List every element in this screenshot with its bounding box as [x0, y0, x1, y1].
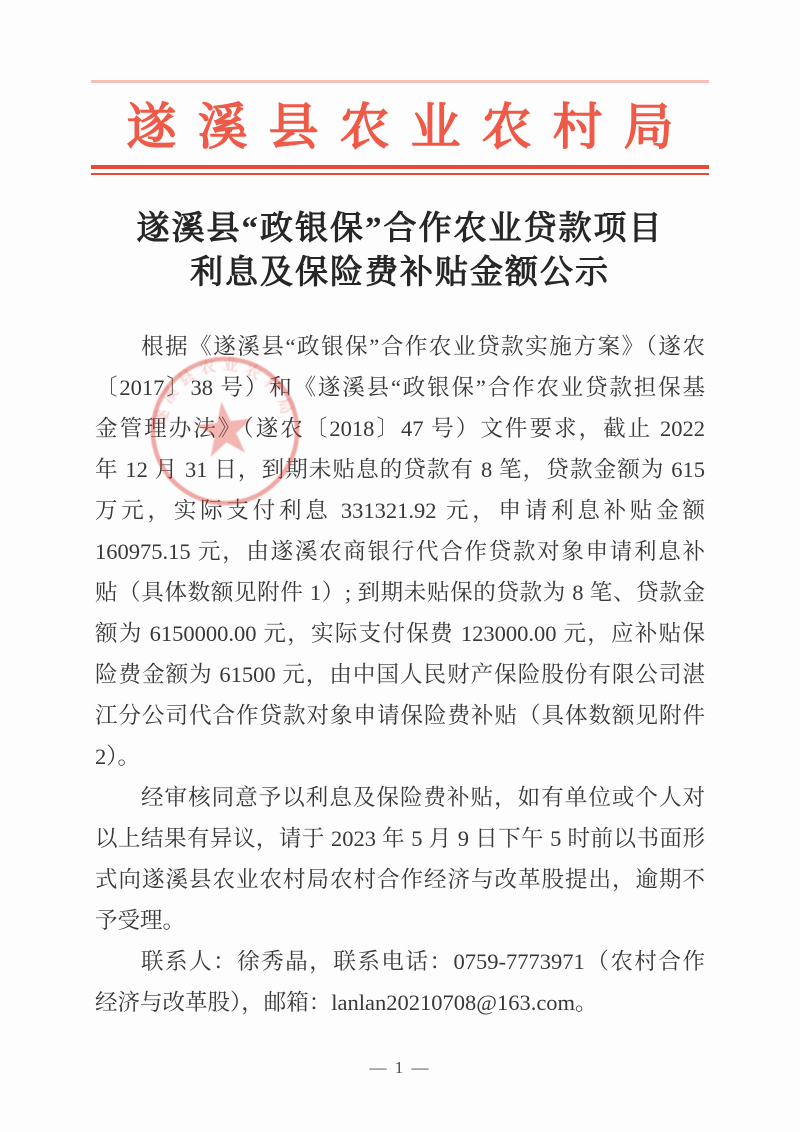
body-line: 联系人：徐秀晶，联系电话：0759-7773971（农村合作	[95, 941, 705, 982]
letterhead-title: 遂溪县农业农村局	[0, 94, 800, 160]
paragraph: 经审核同意予以利息及保险费补贴，如有单位或个人对以上结果有异议，请于 2023 …	[95, 777, 705, 941]
body-line: 根据《遂溪县“政银保”合作农业贷款实施方案》（遂农	[95, 326, 705, 367]
paragraph: 联系人：徐秀晶，联系电话：0759-7773971（农村合作经济与改革股），邮箱…	[95, 941, 705, 1023]
body-line: 2）。	[95, 736, 705, 777]
header-top-rule	[91, 80, 709, 83]
body-line: 险费金额为 61500 元，由中国人民财产保险股份有限公司湛	[95, 654, 705, 695]
body-line: 年 12 月 31 日，到期未贴息的贷款有 8 笔，贷款金额为 615	[95, 449, 705, 490]
body-line: 额为 6150000.00 元，实际支付保费 123000.00 元，应补贴保	[95, 613, 705, 654]
body-line: 金管理办法》（遂农〔2018〕47 号）文件要求，截止 2022	[95, 408, 705, 449]
body-line: 经审核同意予以利息及保险费补贴，如有单位或个人对	[95, 777, 705, 818]
document-title-line1: 遂溪县“政银保”合作农业贷款项目	[0, 202, 800, 249]
body-line: 予受理。	[95, 900, 705, 941]
body-line: 式向遂溪县农业农村局农村合作经济与改革股提出，逾期不	[95, 859, 705, 900]
footer-page-number: — 1 —	[0, 1058, 800, 1078]
document-page: 遂溪县农业农村局 遂溪县“政银保”合作农业贷款项目 利息及保险费补贴金额公示 根…	[0, 0, 800, 1132]
body-line: 〔2017〕38 号）和《遂溪县“政银保”合作农业贷款担保基	[95, 367, 705, 408]
body-line: 160975.15 元，由遂溪农商银行代合作贷款对象申请利息补	[95, 531, 705, 572]
body-line: 江分公司代合作贷款对象申请保险费补贴（具体数额见附件	[95, 695, 705, 736]
letterhead-double-rule	[91, 165, 709, 175]
document-body: 根据《遂溪县“政银保”合作农业贷款实施方案》（遂农〔2017〕38 号）和《遂溪…	[95, 326, 705, 1023]
body-line: 经济与改革股），邮箱：lanlan20210708@163.com。	[95, 982, 705, 1023]
document-title-line2: 利息及保险费补贴金额公示	[0, 246, 800, 293]
body-line: 万元，实际支付利息 331321.92 元，申请利息补贴金额	[95, 490, 705, 531]
paragraph: 根据《遂溪县“政银保”合作农业贷款实施方案》（遂农〔2017〕38 号）和《遂溪…	[95, 326, 705, 777]
body-line: 以上结果有异议，请于 2023 年 5 月 9 日下午 5 时前以书面形	[95, 818, 705, 859]
body-line: 贴（具体数额见附件 1）; 到期未贴保的贷款为 8 笔、贷款金	[95, 572, 705, 613]
